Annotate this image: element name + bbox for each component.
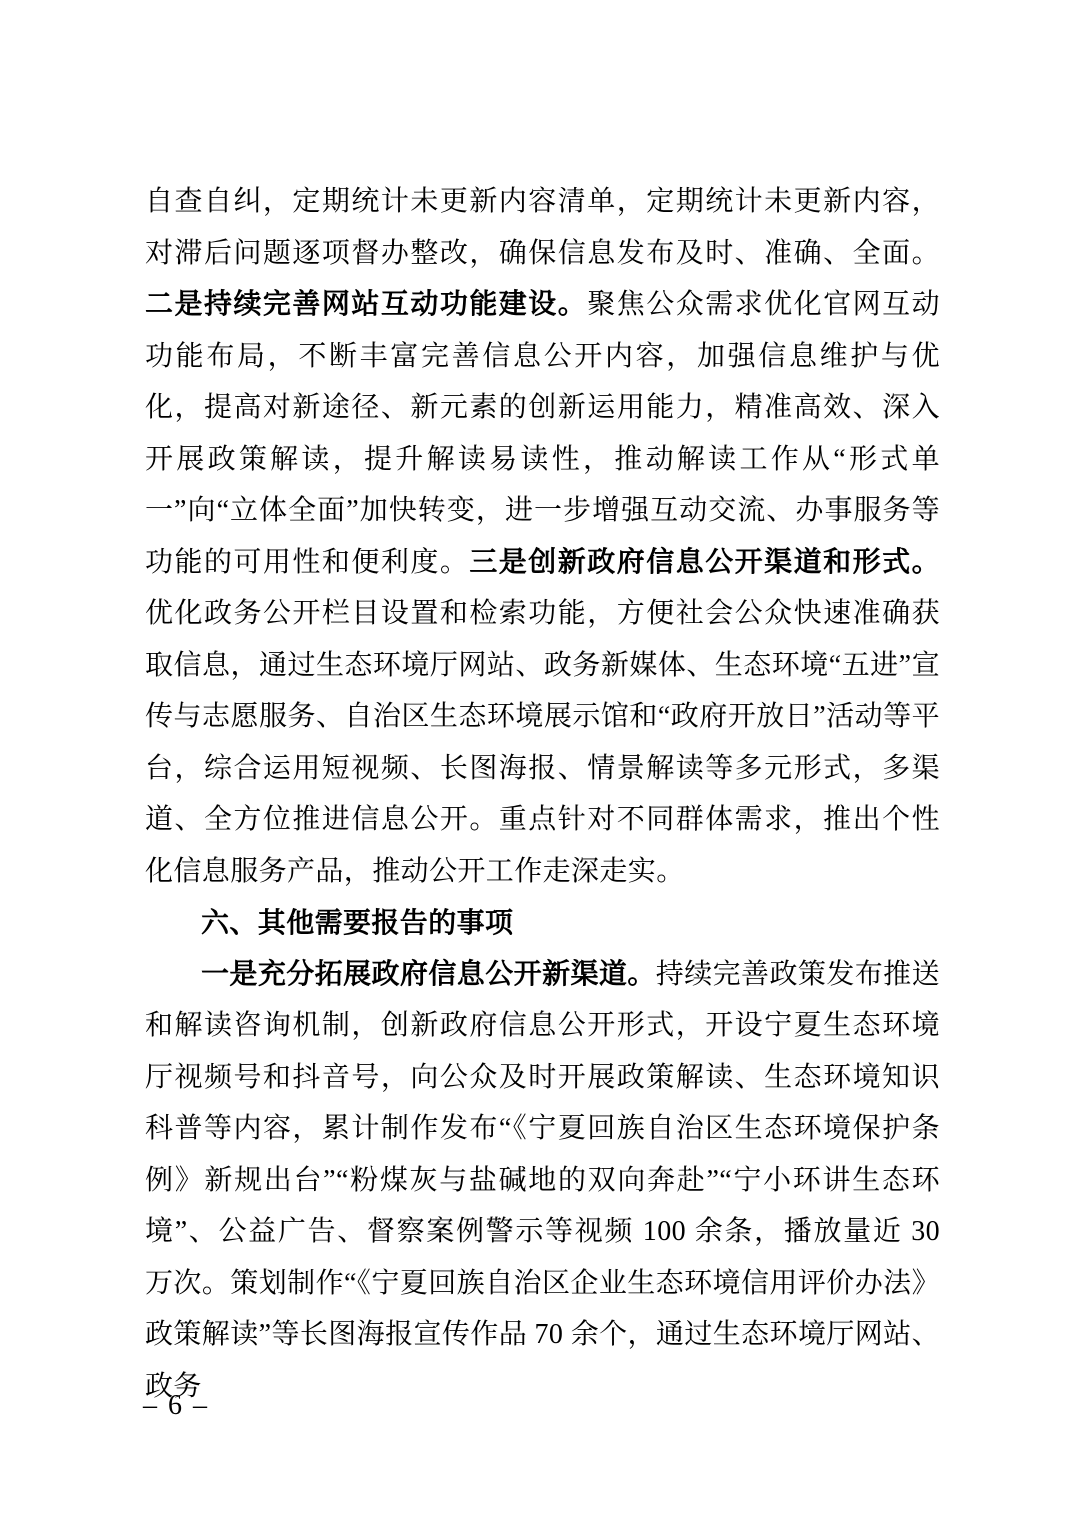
document-body: 自查自纠，定期统计未更新内容清单，定期统计未更新内容，对滞后问题逐项督办整改，确… <box>145 176 940 1412</box>
emphasis-text-run: 三是创新政府信息公开渠道和形式。 <box>469 547 940 578</box>
emphasis-text-run: 六、其他需要报告的事项 <box>201 907 513 938</box>
text-run: 自查自纠，定期统计未更新内容清单，定期统计未更新内容，对滞后问题逐项督办整改，确… <box>145 186 940 269</box>
text-run: 聚焦公众需求优化官网互动功能布局，不断丰富完善信息公开内容，加强信息维护与优化，… <box>145 289 940 578</box>
page-number: – 6 – <box>143 1386 209 1426</box>
document-page: 自查自纠，定期统计未更新内容清单，定期统计未更新内容，对滞后问题逐项督办整改，确… <box>0 0 1074 1520</box>
emphasis-text-run: 一是充分拓展政府信息公开新渠道。 <box>201 959 656 990</box>
paragraph: 一是充分拓展政府信息公开新渠道。持续完善政策发布推送和解读咨询机制，创新政府信息… <box>145 949 940 1413</box>
text-run: 持续完善政策发布推送和解读咨询机制，创新政府信息公开形式，开设宁夏生态环境厅视频… <box>145 959 940 1402</box>
text-run: 优化政务公开栏目设置和检索功能，方便社会公众快速准确获取信息，通过生态环境厅网站… <box>145 598 940 887</box>
paragraph: 自查自纠，定期统计未更新内容清单，定期统计未更新内容，对滞后问题逐项督办整改，确… <box>145 176 940 897</box>
emphasis-text-run: 二是持续完善网站互动功能建设。 <box>145 289 587 320</box>
section-heading: 六、其他需要报告的事项 <box>145 897 940 949</box>
